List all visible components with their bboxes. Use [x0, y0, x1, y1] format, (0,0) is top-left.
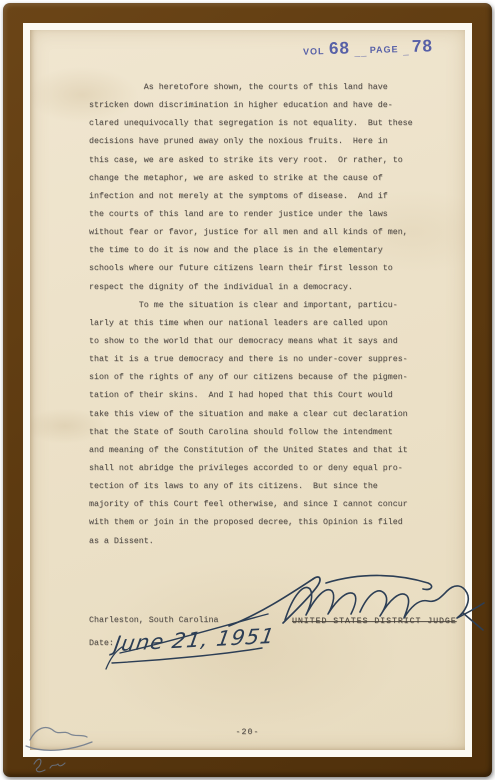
typewritten-line: larly at this time when our national lea…: [89, 319, 434, 337]
typewritten-line: this case, we are asked to strike its ve…: [89, 156, 434, 174]
typewritten-line: schools where our future citizens learn …: [89, 264, 434, 282]
stamp-vol-label: VOL: [303, 46, 325, 57]
stamp-dash: _: [403, 46, 408, 57]
handwritten-initials: [24, 724, 99, 780]
typewritten-line: the time to do it is now and the place i…: [89, 246, 434, 264]
typewritten-line: shall not abridge the privileges accorde…: [89, 464, 434, 482]
typewritten-line: with them or join in the proposed decree…: [89, 518, 434, 536]
document-page: VOL 68 _ _ PAGE _ 78 As heretofore shown…: [30, 30, 465, 750]
typewritten-line: and meaning of the Constitution of the U…: [89, 446, 434, 464]
typewritten-line: decisions have pruned away only the noxi…: [89, 137, 434, 155]
stamp-page-label: PAGE: [370, 44, 399, 55]
typewritten-line: As heretofore shown, the courts of this …: [89, 83, 434, 101]
typewritten-line: tation of their skins. And I had hoped t…: [89, 391, 434, 409]
stamp-page-value: 78: [412, 36, 433, 56]
typewritten-line: as a Dissent.: [89, 537, 434, 555]
volume-page-stamp: VOL 68 _ _ PAGE _ 78: [303, 36, 433, 59]
stamp-vol-value: 68: [329, 38, 350, 58]
typewritten-line: tection of its laws to any of its citize…: [89, 482, 434, 500]
typewritten-line: take this view of the situation and make…: [89, 410, 434, 428]
typewritten-line: sion of the rights of any of our citizen…: [89, 373, 434, 391]
typewritten-line: to show to the world that our democracy …: [89, 337, 434, 355]
stamp-dash: _ _: [354, 47, 365, 58]
typewritten-line: stricken down discrimination in higher e…: [89, 101, 434, 119]
typewritten-line: majority of this Court feel otherwise, a…: [89, 500, 434, 518]
frame-inner-border: VOL 68 _ _ PAGE _ 78 As heretofore shown…: [23, 23, 472, 757]
typewritten-line: the courts of this land are to render ju…: [89, 210, 434, 228]
typewritten-line: infection and not merely at the symptoms…: [89, 192, 434, 210]
typewritten-text: As heretofore shown, the courts of this …: [89, 83, 434, 555]
date-underline-flourish: [76, 607, 306, 687]
typewritten-line: To me the situation is clear and importa…: [89, 301, 434, 319]
photo-frame: VOL 68 _ _ PAGE _ 78 As heretofore shown…: [3, 3, 492, 777]
typewritten-line: that it is a true democracy and there is…: [89, 355, 434, 373]
typewritten-line: change the metaphor, we are asked to str…: [89, 174, 434, 192]
typewritten-line: without fear or favor, justice for all m…: [89, 228, 434, 246]
typewritten-line: respect the dignity of the individual in…: [89, 283, 434, 301]
typewritten-line: that the State of South Carolina should …: [89, 428, 434, 446]
typewritten-line: clared unequivocally that segregation is…: [89, 119, 434, 137]
judge-title: UNITED STATES DISTRICT JUDGE: [292, 617, 457, 626]
